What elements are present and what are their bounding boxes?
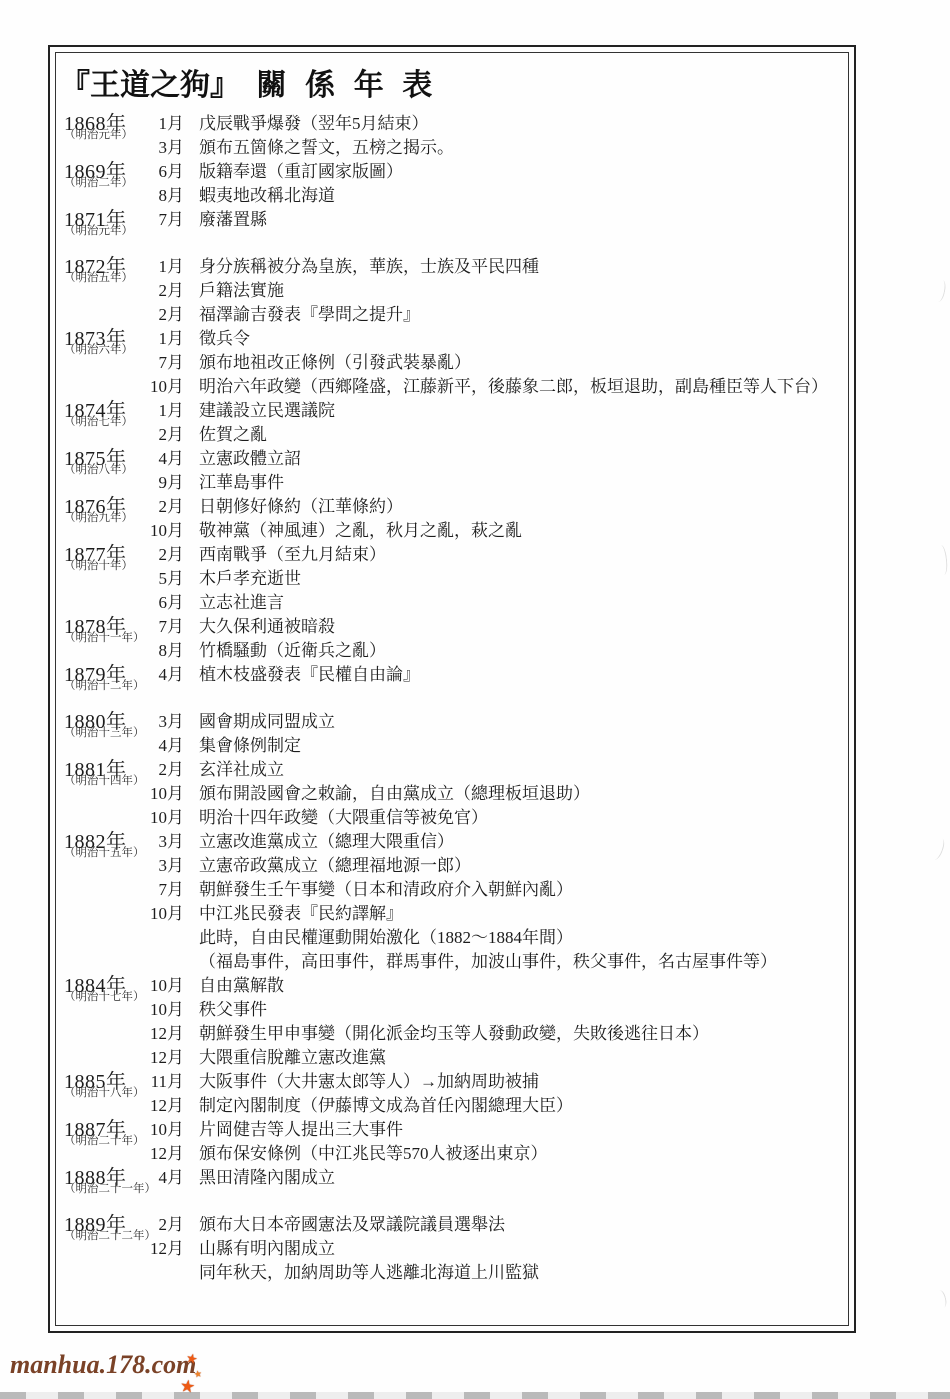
year-cell: 1871年（明治元年） [64, 208, 136, 232]
timeline-row: 1871年（明治元年）7月廢藩置縣 [64, 208, 844, 232]
event-text: 立志社進言 [199, 591, 284, 615]
era-year-label: （明治二年） [64, 177, 133, 190]
era-year-label: （明治十一年） [64, 632, 145, 645]
year-cell: 1873年（明治六年） [64, 327, 136, 351]
timeline-row: 1873年（明治六年）1月徵兵令 [64, 327, 844, 351]
era-year-label: （明治十七年） [64, 991, 145, 1004]
event-text: 頒布開設國會之敕諭，自由黨成立（總理板垣退助） [199, 782, 590, 806]
month-label: 2月 [136, 423, 184, 447]
era-year-label: （明治六年） [64, 344, 133, 357]
timeline-row: 1889年（明治二十二年）2月頒布大日本帝國憲法及眾議院議員選舉法 [64, 1213, 844, 1237]
era-year-label: （明治元年） [64, 225, 133, 238]
event-text: 江華島事件 [199, 471, 284, 495]
timeline-row: 1878年（明治十一年）7月大久保利通被暗殺 [64, 615, 844, 639]
event-text: 山縣有明內閣成立 [199, 1237, 335, 1261]
month-label: 2月 [136, 543, 184, 567]
event-text: 建議設立民選議院 [199, 399, 335, 423]
year-cell: 1879年（明治十二年） [64, 663, 136, 687]
era-year-label: （明治二十一年） [64, 1183, 156, 1196]
year-cell: 1876年（明治九年） [64, 495, 136, 519]
event-text: 自由黨解散 [199, 974, 284, 998]
era-year-label: （明治十二年） [64, 680, 145, 693]
event-text: 制定內閣制度（伊藤博文成為首任內閣總理大臣） [199, 1094, 573, 1118]
event-text: 秩父事件 [199, 998, 267, 1022]
year-cell: 1869年（明治二年） [64, 160, 136, 184]
month-label: 2月 [136, 495, 184, 519]
event-text: 同年秋天，加納周助等人逃離北海道上川監獄 [199, 1261, 539, 1285]
timeline-row: 3月立憲帝政黨成立（總理福地源一郎） [64, 854, 844, 878]
event-text: 頒布五箇條之誓文，五榜之揭示。 [199, 136, 454, 160]
event-text: 大隈重信脫離立憲改進黨 [199, 1046, 386, 1070]
year-cell: 1882年（明治十五年） [64, 830, 136, 854]
month-label: 12月 [136, 1046, 184, 1070]
month-label: 7月 [136, 208, 184, 232]
event-text: 朝鮮發生壬午事變（日本和清政府介入朝鮮內亂） [199, 878, 573, 902]
month-label: 3月 [136, 136, 184, 160]
timeline-row: 1875年（明治八年）4月立憲政體立詔 [64, 447, 844, 471]
timeline-row: 1877年（明治十年）2月西南戰爭（至九月結束） [64, 543, 844, 567]
event-text: 敬神黨（神風連）之亂，秋月之亂，萩之亂 [199, 519, 522, 543]
timeline-row: 2月福澤諭吉發表『學問之提升』 [64, 303, 844, 327]
scan-artifact [935, 1289, 948, 1309]
timeline-row: 5月木戶孝充逝世 [64, 567, 844, 591]
event-text: 身分族稱被分為皇族，華族，士族及平民四種 [199, 255, 539, 279]
event-text: 戊辰戰爭爆發（翌年5月結束） [199, 112, 429, 136]
month-label: 1月 [136, 327, 184, 351]
month-label: 7月 [136, 351, 184, 375]
page-title-prefix: 『王道之狗』 [60, 69, 240, 102]
month-label: 2月 [136, 303, 184, 327]
era-year-label: （明治二十二年） [64, 1230, 156, 1243]
timeline-row: 2月佐賀之亂 [64, 423, 844, 447]
event-text: 大久保利通被暗殺 [199, 615, 335, 639]
year-cell: 1884年（明治十七年） [64, 974, 136, 998]
timeline-row: 9月江華島事件 [64, 471, 844, 495]
event-text: 黑田清隆內閣成立 [199, 1166, 335, 1190]
watermark-text: manhua.178.com [10, 1350, 196, 1379]
event-text: 立憲帝政黨成立（總理福地源一郎） [199, 854, 471, 878]
timeline-row: 10月明治六年政變（西鄉隆盛，江藤新平，後藤象二郎，板垣退助，副島種臣等人下台） [64, 375, 844, 399]
scan-artifact [931, 837, 947, 861]
year-cell: 1868年（明治元年） [64, 112, 136, 136]
event-text: 頒布地祖改正條例（引發武裝暴亂） [199, 351, 471, 375]
timeline-row: 7月頒布地祖改正條例（引發武裝暴亂） [64, 351, 844, 375]
page-title: 『王道之狗』關係年表 [60, 68, 451, 104]
event-text: 木戶孝充逝世 [199, 567, 301, 591]
timeline-row: 12月朝鮮發生甲申事變（開化派金均玉等人發動政變，失敗後逃往日本） [64, 1022, 844, 1046]
timeline-row: 7月朝鮮發生壬午事變（日本和清政府介入朝鮮內亂） [64, 878, 844, 902]
month-label: 2月 [136, 279, 184, 303]
scan-artifact [936, 545, 948, 576]
event-text: 明治六年政變（西鄉隆盛，江藤新平，後藤象二郎，板垣退助，副島種臣等人下台） [199, 375, 828, 399]
page-title-suffix: 關係年表 [257, 69, 451, 102]
event-text: 片岡健吉等人提出三大事件 [199, 1118, 403, 1142]
event-text: 版籍奉還（重訂國家版圖） [199, 160, 403, 184]
year-cell: 1885年（明治十八年） [64, 1070, 136, 1094]
timeline-row: 2月戶籍法實施 [64, 279, 844, 303]
year-cell: 1889年（明治二十二年） [64, 1213, 136, 1237]
timeline-row: 3月頒布五箇條之誓文，五榜之揭示。 [64, 136, 844, 160]
timeline-row: 1872年（明治五年）1月身分族稱被分為皇族，華族，士族及平民四種 [64, 255, 844, 279]
timeline-row: 10月中江兆民發表『民約譯解』 [64, 902, 844, 926]
event-text: 植木枝盛發表『民權自由論』 [199, 663, 420, 687]
timeline-row: 1876年（明治九年）2月日朝修好條約（江華條約） [64, 495, 844, 519]
timeline-row: 1888年（明治二十一年）4月黑田清隆內閣成立 [64, 1166, 844, 1190]
month-label: 10月 [136, 375, 184, 399]
timeline-row: 1884年（明治十七年）10月自由黨解散 [64, 974, 844, 998]
timeline-row: 8月蝦夷地改稱北海道 [64, 184, 844, 208]
timeline-row: 10月敬神黨（神風連）之亂，秋月之亂，萩之亂 [64, 519, 844, 543]
timeline-row: 1882年（明治十五年）3月立憲改進黨成立（總理大隈重信） [64, 830, 844, 854]
month-label: 1月 [136, 399, 184, 423]
month-label: 10月 [136, 806, 184, 830]
era-year-label: （明治八年） [64, 464, 133, 477]
event-text: 戶籍法實施 [199, 279, 284, 303]
chronology-table: 1868年（明治元年）1月戊辰戰爭爆發（翌年5月結束）3月頒布五箇條之誓文，五榜… [64, 112, 844, 1285]
timeline-row: 4月集會條例制定 [64, 734, 844, 758]
timeline-row: 10月頒布開設國會之敕諭，自由黨成立（總理板垣退助） [64, 782, 844, 806]
timeline-row: 12月頒布保安條例（中江兆民等570人被逐出東京） [64, 1142, 844, 1166]
timeline-row: 12月大隈重信脫離立憲改進黨 [64, 1046, 844, 1070]
era-year-label: （明治十八年） [64, 1087, 145, 1100]
event-text: 中江兆民發表『民約譯解』 [199, 902, 403, 926]
event-text: 頒布保安條例（中江兆民等570人被逐出東京） [199, 1142, 548, 1166]
era-year-label: （明治十四年） [64, 775, 145, 788]
event-text: 立憲政體立詔 [199, 447, 301, 471]
timeline-row: 1881年（明治十四年）2月玄洋社成立 [64, 758, 844, 782]
month-label: 7月 [136, 878, 184, 902]
timeline-row: 同年秋天，加納周助等人逃離北海道上川監獄 [64, 1261, 844, 1285]
event-text: 立憲改進黨成立（總理大隈重信） [199, 830, 454, 854]
year-cell: 1887年（明治二十年） [64, 1118, 136, 1142]
timeline-row: 1874年（明治七年）1月建議設立民選議院 [64, 399, 844, 423]
event-text: 蝦夷地改稱北海道 [199, 184, 335, 208]
event-text: 竹橋騷動（近衛兵之亂） [199, 639, 386, 663]
timeline-row: 1869年（明治二年）6月版籍奉還（重訂國家版圖） [64, 160, 844, 184]
month-label: 1月 [136, 112, 184, 136]
month-label: 1月 [136, 255, 184, 279]
era-year-label: （明治九年） [64, 512, 133, 525]
event-text: 朝鮮發生甲申事變（開化派金均玉等人發動政變，失敗後逃往日本） [199, 1022, 709, 1046]
timeline-row: 6月立志社進言 [64, 591, 844, 615]
event-text: 頒布大日本帝國憲法及眾議院議員選舉法 [199, 1213, 505, 1237]
timeline-row: 12月山縣有明內閣成立 [64, 1237, 844, 1261]
month-label: 6月 [136, 160, 184, 184]
timeline-row: 1880年（明治十三年）3月國會期成同盟成立 [64, 710, 844, 734]
event-text: 集會條例制定 [199, 734, 301, 758]
timeline-row: 1887年（明治二十年）10月片岡健吉等人提出三大事件 [64, 1118, 844, 1142]
era-year-label: （明治十年） [64, 560, 133, 573]
timeline-row: 1885年（明治十八年）11月大阪事件（大井憲太郎等人）→加納周助被捕 [64, 1070, 844, 1094]
year-cell: 1874年（明治七年） [64, 399, 136, 423]
month-label: 4月 [136, 447, 184, 471]
scanned-document-page: 『王道之狗』關係年表 1868年（明治元年）1月戊辰戰爭爆發（翌年5月結束）3月… [0, 0, 950, 1399]
event-text: 佐賀之亂 [199, 423, 267, 447]
event-text: 國會期成同盟成立 [199, 710, 335, 734]
timeline-row: （福島事件，高田事件，群馬事件，加波山事件，秩父事件，名古屋事件等） [64, 950, 844, 974]
event-text: 徵兵令 [199, 327, 250, 351]
year-cell: 1881年（明治十四年） [64, 758, 136, 782]
year-cell: 1878年（明治十一年） [64, 615, 136, 639]
event-text: 西南戰爭（至九月結束） [199, 543, 386, 567]
timeline-row: 10月秩父事件 [64, 998, 844, 1022]
era-year-label: （明治七年） [64, 416, 133, 429]
month-label: 12月 [136, 1022, 184, 1046]
year-cell: 1872年（明治五年） [64, 255, 136, 279]
month-label: 5月 [136, 567, 184, 591]
watermark: manhua.178.com ★ ★ ★ [10, 1350, 240, 1398]
timeline-row: 1879年（明治十二年）4月植木枝盛發表『民權自由論』 [64, 663, 844, 687]
timeline-row: 1868年（明治元年）1月戊辰戰爭爆發（翌年5月結束） [64, 112, 844, 136]
year-cell: 1875年（明治八年） [64, 447, 136, 471]
year-cell: 1880年（明治十三年） [64, 710, 136, 734]
event-text: 福澤諭吉發表『學問之提升』 [199, 303, 420, 327]
timeline-row: 8月竹橋騷動（近衛兵之亂） [64, 639, 844, 663]
event-text: 廢藩置縣 [199, 208, 267, 232]
timeline-row: 10月明治十四年政變（大隈重信等被免官） [64, 806, 844, 830]
era-year-label: （明治二十年） [64, 1135, 145, 1148]
month-label: 10月 [136, 519, 184, 543]
era-year-label: （明治十五年） [64, 847, 145, 860]
star-icon: ★ [185, 1351, 199, 1366]
month-label: 8月 [136, 184, 184, 208]
event-text: 日朝修好條約（江華條約） [199, 495, 403, 519]
era-year-label: （明治十三年） [64, 727, 145, 740]
era-year-label: （明治五年） [64, 272, 133, 285]
era-year-label: （明治元年） [64, 129, 133, 142]
event-text: 大阪事件（大井憲太郎等人）→加納周助被捕 [199, 1070, 539, 1094]
scan-edge-strip [0, 1392, 950, 1399]
timeline-row: 此時，自由民權運動開始激化（1882～1884年間） [64, 926, 844, 950]
event-text: （福島事件，高田事件，群馬事件，加波山事件，秩父事件，名古屋事件等） [199, 950, 777, 974]
month-label: 6月 [136, 591, 184, 615]
event-text: 此時，自由民權運動開始激化（1882～1884年間） [199, 926, 573, 950]
event-text: 玄洋社成立 [199, 758, 284, 782]
year-cell: 1877年（明治十年） [64, 543, 136, 567]
month-label: 9月 [136, 471, 184, 495]
month-label: 10月 [136, 902, 184, 926]
scan-artifact [934, 279, 947, 302]
year-cell: 1888年（明治二十一年） [64, 1166, 136, 1190]
event-text: 明治十四年政變（大隈重信等被免官） [199, 806, 488, 830]
timeline-row: 12月制定內閣制度（伊藤博文成為首任內閣總理大臣） [64, 1094, 844, 1118]
